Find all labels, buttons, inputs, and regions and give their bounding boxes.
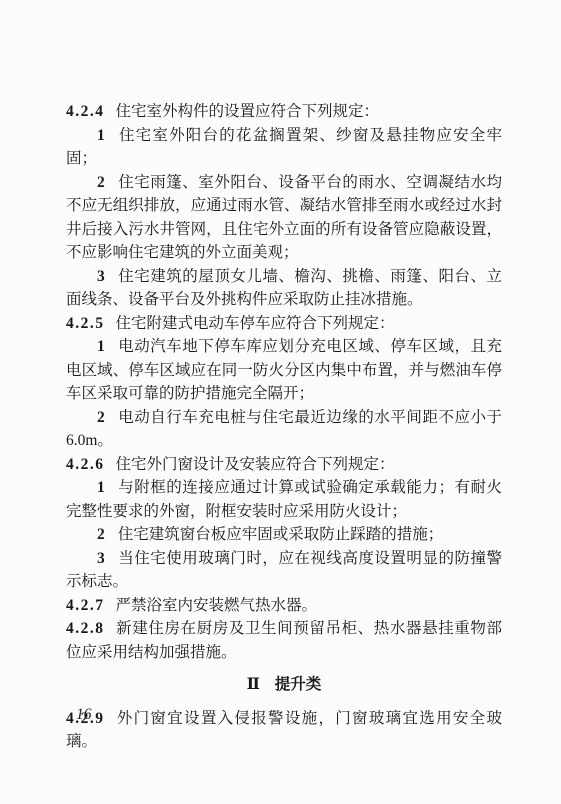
clause-text: 严禁浴室内安装燃气热水器。 xyxy=(116,597,318,614)
clause-list: 4.2.4住宅室外构件的设置应符合下列规定：1住宅室外阳台的花盆搁置架、纱窗及悬… xyxy=(66,100,502,754)
page-content: 4.2.4住宅室外构件的设置应符合下列规定：1住宅室外阳台的花盆搁置架、纱窗及悬… xyxy=(66,100,502,754)
section-heading: Ⅱ提升类 xyxy=(66,673,502,697)
item-paragraph: 2住宅雨篷、室外阳台、设备平台的雨水、空调凝结水均不应无组织排放，应通过雨水管、… xyxy=(66,171,502,265)
item-paragraph: 3住宅建筑的屋顶女儿墙、檐沟、挑檐、雨篷、阳台、立面线条、设备平台及外挑构件应采… xyxy=(66,265,502,312)
document-page: 4.2.4住宅室外构件的设置应符合下列规定：1住宅室外阳台的花盆搁置架、纱窗及悬… xyxy=(0,0,561,804)
item-paragraph: 3当住宅使用玻璃门时，应在视线高度设置明显的防撞警示标志。 xyxy=(66,547,502,594)
clause-number: 3 xyxy=(97,268,105,285)
clause-number: 4.2.5 xyxy=(66,315,105,332)
clause-number: 1 xyxy=(97,338,105,355)
item-paragraph: 1与附框的连接应通过计算或试验确定承载能力；有耐火完整性要求的外窗，附框安装时应… xyxy=(66,476,502,523)
clause-number: 3 xyxy=(97,550,105,567)
clause-text: 住宅室外阳台的花盆搁置架、纱窗及悬挂物应安全牢固； xyxy=(66,127,502,168)
item-paragraph: 2电动自行车充电桩与住宅最近边缘的水平间距不应小于6.0m。 xyxy=(66,406,502,453)
clause-text: 住宅外门窗设计及安装应符合下列规定： xyxy=(116,456,395,473)
clause-paragraph: 4.2.8新建住房在厨房及卫生间预留吊柜、热水器悬挂重物部位应采用结构加强措施。 xyxy=(66,617,502,664)
item-paragraph: 1电动汽车地下停车库应划分充电区域、停车区域，且充电区域、停车区域应在同一防火分… xyxy=(66,335,502,406)
clause-text: 住宅建筑窗台板应牢固或采取防止踩踏的措施； xyxy=(118,526,444,543)
clause-text: 住宅附建式电动车停车应符合下列规定： xyxy=(116,315,395,332)
item-paragraph: 1住宅室外阳台的花盆搁置架、纱窗及悬挂物应安全牢固； xyxy=(66,124,502,171)
clause-text: 电动汽车地下停车库应划分充电区域、停车区域，且充电区域、停车区域应在同一防火分区… xyxy=(66,338,502,402)
clause-number: 4.2.7 xyxy=(66,597,105,614)
clause-paragraph: 4.2.6住宅外门窗设计及安装应符合下列规定： xyxy=(66,453,502,477)
clause-text: 新建住房在厨房及卫生间预留吊柜、热水器悬挂重物部位应采用结构加强措施。 xyxy=(66,620,502,661)
item-paragraph: 2住宅建筑窗台板应牢固或采取防止踩踏的措施； xyxy=(66,523,502,547)
clause-text: 外门窗宜设置入侵报警设施，门窗玻璃宜选用安全玻璃。 xyxy=(66,710,502,751)
clause-text: 电动自行车充电桩与住宅最近边缘的水平间距不应小于6.0m。 xyxy=(66,409,502,450)
clause-number: 4.2.6 xyxy=(66,456,105,473)
section-number: Ⅱ xyxy=(247,676,260,693)
clause-text: 住宅雨篷、室外阳台、设备平台的雨水、空调凝结水均不应无组织排放，应通过雨水管、凝… xyxy=(66,174,502,262)
clause-number: 2 xyxy=(97,526,105,543)
section-title: 提升类 xyxy=(275,676,322,693)
clause-text: 与附框的连接应通过计算或试验确定承载能力；有耐火完整性要求的外窗，附框安装时应采… xyxy=(66,479,502,520)
clause-number: 2 xyxy=(97,409,105,426)
clause-paragraph: 4.2.4住宅室外构件的设置应符合下列规定： xyxy=(66,100,502,124)
clause-paragraph: 4.2.5住宅附建式电动车停车应符合下列规定： xyxy=(66,312,502,336)
clause-number: 1 xyxy=(97,127,105,144)
clause-number: 4.2.4 xyxy=(66,103,105,120)
clause-number: 2 xyxy=(97,174,105,191)
clause-text: 当住宅使用玻璃门时，应在视线高度设置明显的防撞警示标志。 xyxy=(66,550,502,591)
page-number: 16 xyxy=(76,705,92,725)
clause-number: 4.2.8 xyxy=(66,620,105,637)
clause-text: 住宅建筑的屋顶女儿墙、檐沟、挑檐、雨篷、阳台、立面线条、设备平台及外挑构件应采取… xyxy=(66,268,502,309)
clause-number: 1 xyxy=(97,479,105,496)
clause-text: 住宅室外构件的设置应符合下列规定： xyxy=(116,103,380,120)
clause-paragraph: 4.2.7严禁浴室内安装燃气热水器。 xyxy=(66,594,502,618)
clause-paragraph: 4.2.9外门窗宜设置入侵报警设施，门窗玻璃宜选用安全玻璃。 xyxy=(66,707,502,754)
